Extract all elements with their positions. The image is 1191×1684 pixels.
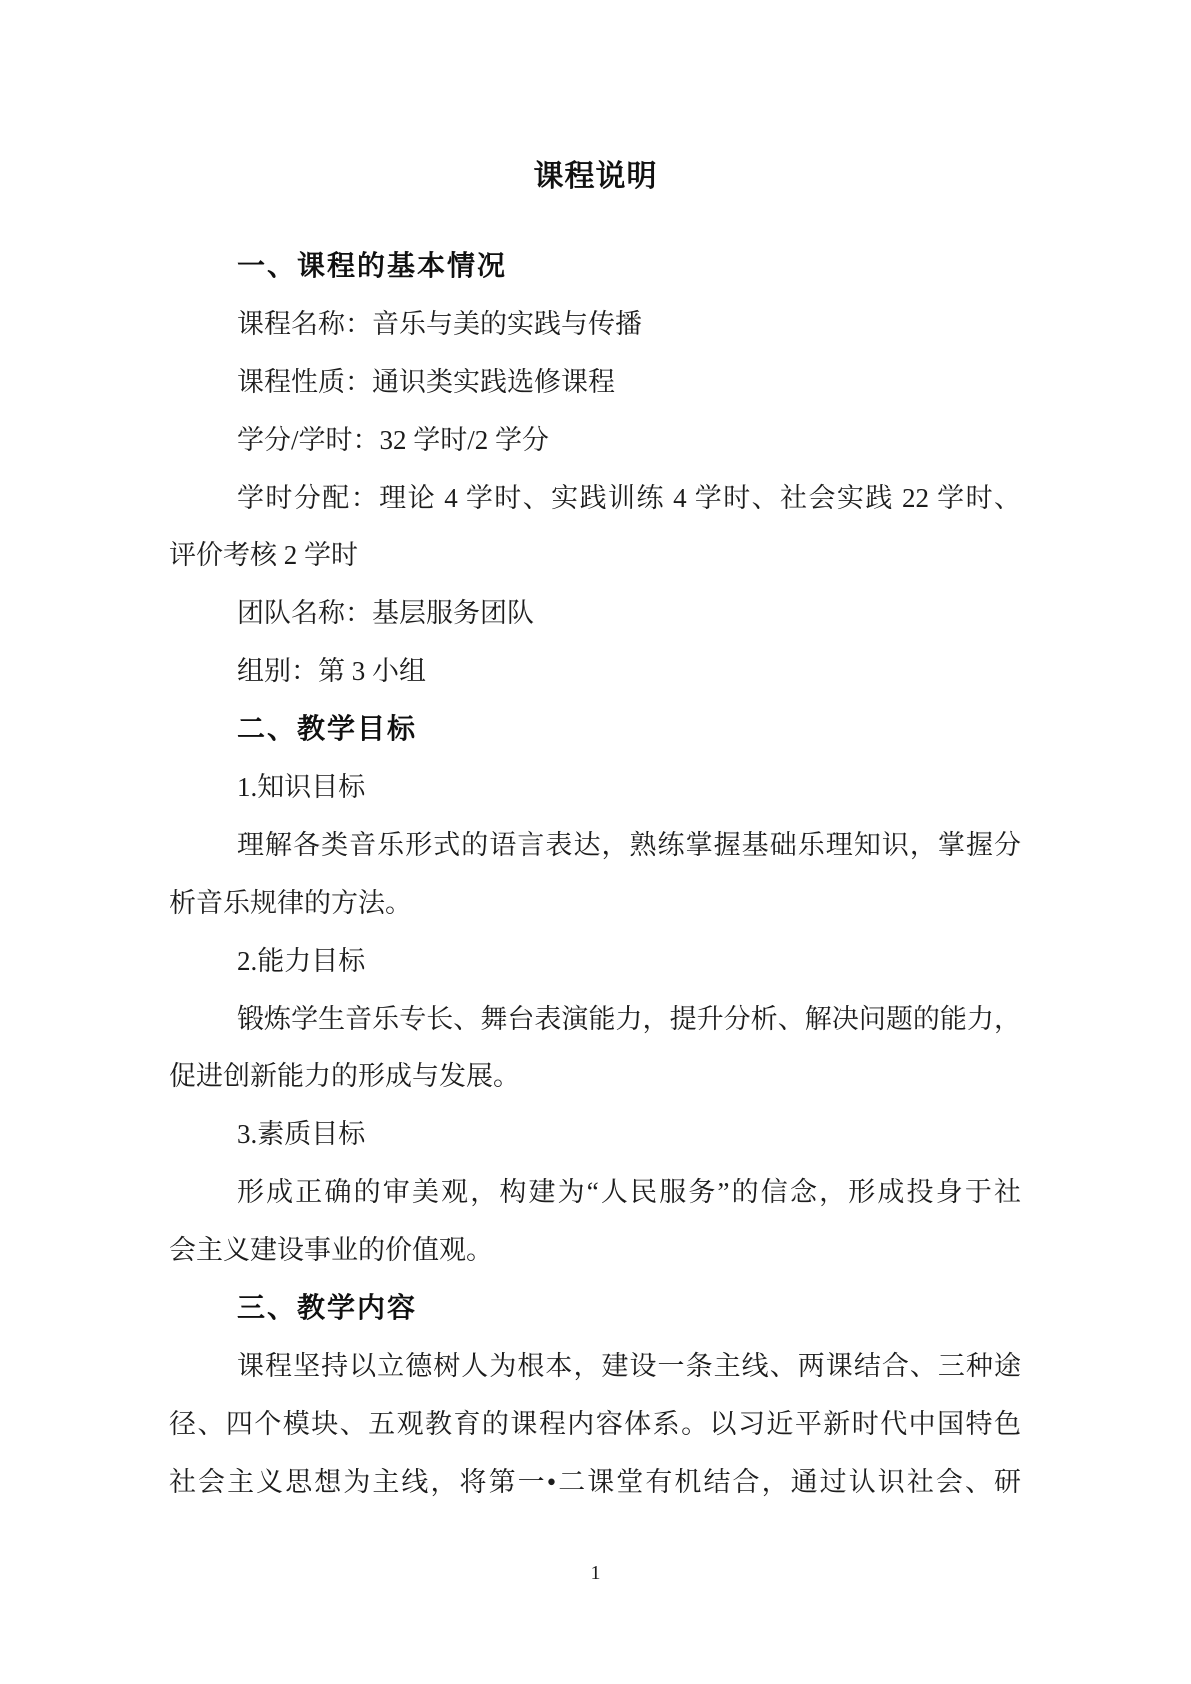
hour-allocation-line-2: 评价考核 2 学时	[169, 527, 1021, 585]
credit-hours-line: 学分/学时：32 学时/2 学分	[169, 412, 1021, 470]
section-heading-3: 三、教学内容	[169, 1280, 1021, 1338]
quality-goal-heading: 3.素质目标	[169, 1106, 1021, 1164]
document-title: 课程说明	[0, 155, 1191, 199]
course-type-line: 课程性质：通识类实践选修课程	[169, 354, 1021, 412]
teaching-content-line-1: 课程坚持以立德树人为根本，建设一条主线、两课结合、三种途	[169, 1338, 1021, 1396]
course-name-line: 课程名称：音乐与美的实践与传播	[169, 296, 1021, 354]
hour-allocation-line-1: 学时分配：理论 4 学时、实践训练 4 学时、社会实践 22 学时、	[169, 470, 1021, 528]
section-heading-2: 二、教学目标	[169, 701, 1021, 759]
quality-goal-line-1: 形成正确的审美观，构建为“人民服务”的信念，形成投身于社	[169, 1164, 1021, 1222]
ability-goal-line-2: 促进创新能力的形成与发展。	[169, 1048, 1021, 1106]
ability-goal-line-1: 锻炼学生音乐专长、舞台表演能力，提升分析、解决问题的能力，	[169, 991, 1021, 1049]
team-name-line: 团队名称：基层服务团队	[169, 585, 1021, 643]
document-body: 一、课程的基本情况 课程名称：音乐与美的实践与传播 课程性质：通识类实践选修课程…	[169, 238, 1021, 1512]
teaching-content-line-2: 径、四个模块、五观教育的课程内容体系。以习近平新时代中国特色	[169, 1396, 1021, 1454]
teaching-content-line-3: 社会主义思想为主线，将第一•二课堂有机结合，通过认识社会、研	[169, 1454, 1021, 1512]
group-number-line: 组别：第 3 小组	[169, 643, 1021, 701]
knowledge-goal-heading: 1.知识目标	[169, 759, 1021, 817]
ability-goal-heading: 2.能力目标	[169, 933, 1021, 991]
page-number: 1	[0, 1559, 1191, 1587]
quality-goal-line-2: 会主义建设事业的价值观。	[169, 1222, 1021, 1280]
knowledge-goal-line-2: 析音乐规律的方法。	[169, 875, 1021, 933]
knowledge-goal-line-1: 理解各类音乐形式的语言表达，熟练掌握基础乐理知识，掌握分	[169, 817, 1021, 875]
section-heading-1: 一、课程的基本情况	[169, 238, 1021, 296]
document-page: 课程说明 一、课程的基本情况 课程名称：音乐与美的实践与传播 课程性质：通识类实…	[0, 0, 1191, 1684]
